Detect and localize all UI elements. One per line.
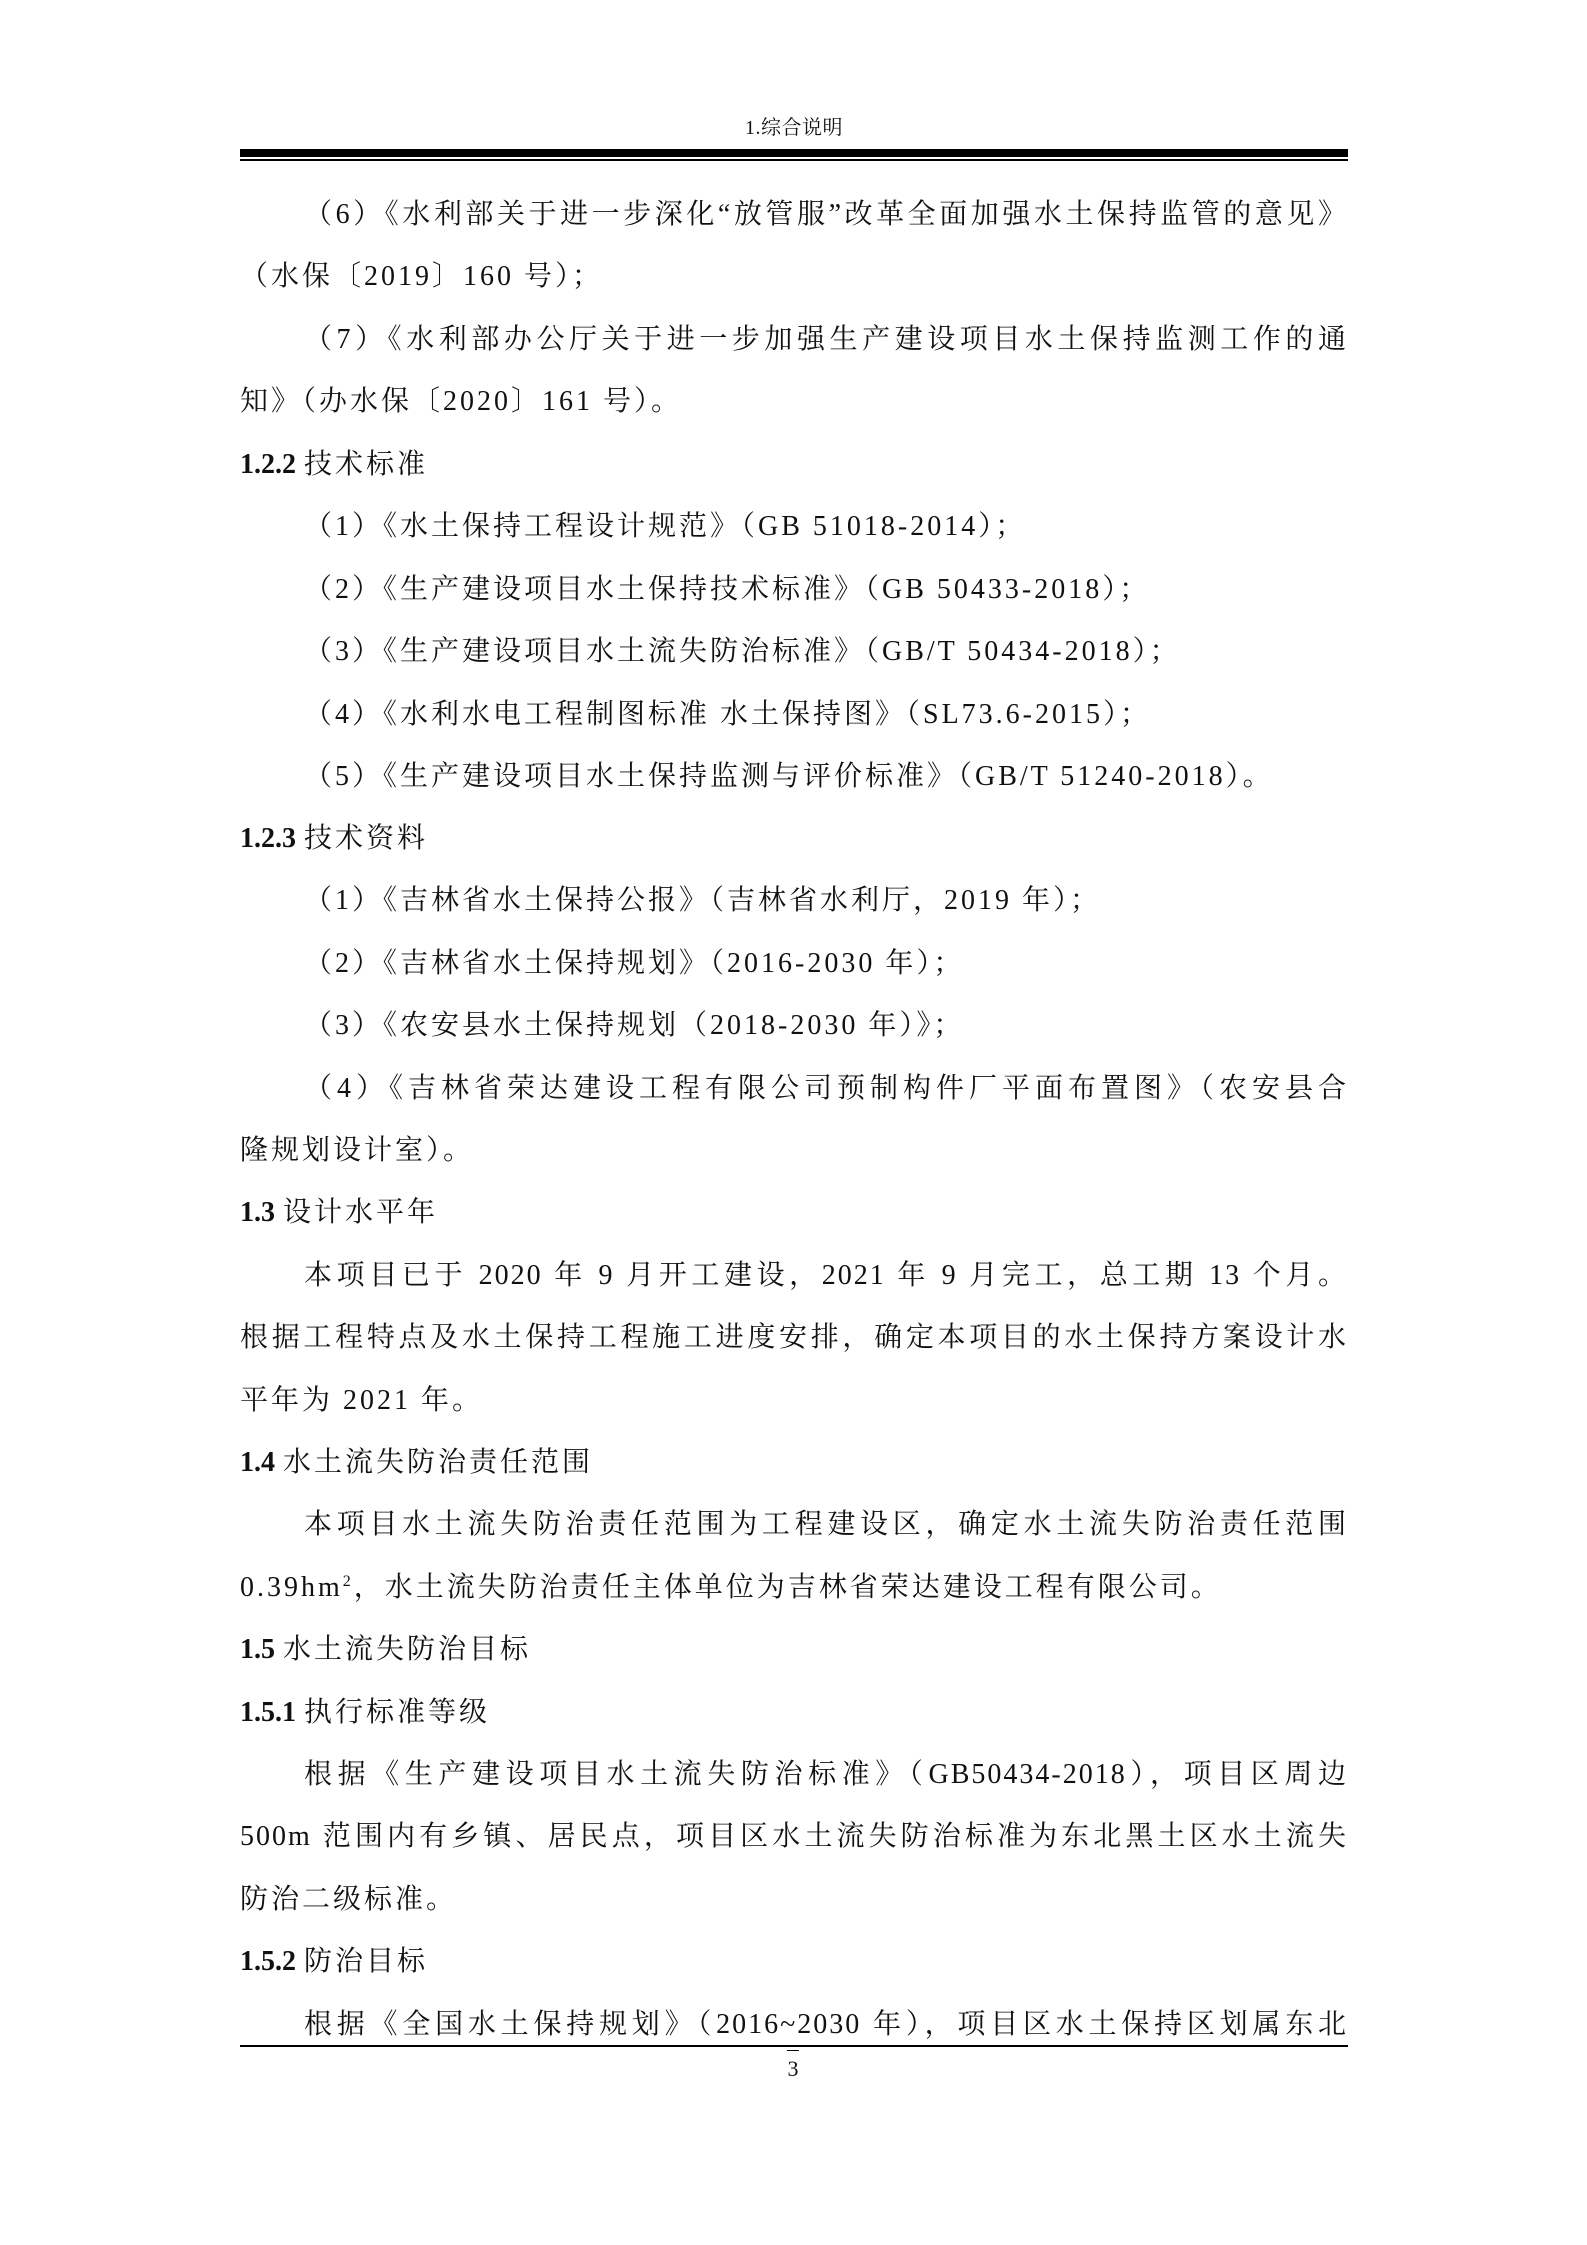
section-heading-1-3: 1.3设计水平年 <box>240 1193 1348 1233</box>
section-heading-1-2-2: 1.2.2技术标准 <box>240 445 1348 485</box>
standard-item-3: （3）《生产建设项目水土流失防治标准》（GB/T 50434-2018）； <box>240 632 1348 672</box>
design-year-paragraph-line-3: 平年为 2021 年。 <box>240 1381 1348 1421</box>
design-year-paragraph-line-1: 本项目已于 2020 年 9 月开工建设，2021 年 9 月完工，总工期 13… <box>240 1256 1348 1296</box>
header-rule-thick <box>240 149 1348 157</box>
standard-grade-paragraph-line-2: 500m 范围内有乡镇、居民点，项目区水土流失防治标准为东北黑土区水土流失 <box>240 1817 1348 1857</box>
section-title: 执行标准等级 <box>304 1697 490 1728</box>
section-heading-1-5-2: 1.5.2防治目标 <box>240 1942 1348 1982</box>
footer-rule <box>240 2045 1348 2047</box>
area-value: 0.39hm <box>240 1572 343 1603</box>
standard-item-1: （1）《水土保持工程设计规范》（GB 51018-2014）； <box>240 507 1348 547</box>
page-number: 3 <box>743 2056 843 2082</box>
material-item-2: （2）《吉林省水土保持规划》（2016-2030 年）； <box>240 944 1348 984</box>
section-number: 1.4 <box>240 1447 275 1478</box>
responsibility-text: ，水土流失防治责任主体单位为吉林省荣达建设工程有限公司。 <box>354 1572 1222 1603</box>
section-number: 1.5.2 <box>240 1946 296 1977</box>
running-header-title: 1.综合说明 <box>240 114 1348 142</box>
section-title: 技术标准 <box>304 449 428 480</box>
section-heading-1-5-1: 1.5.1执行标准等级 <box>240 1693 1348 1733</box>
section-heading-1-2-3: 1.2.3技术资料 <box>240 819 1348 859</box>
section-heading-1-4: 1.4水土流失防治责任范围 <box>240 1443 1348 1483</box>
material-item-3: （3）《农安县水土保持规划（2018-2030 年）》； <box>240 1006 1348 1046</box>
standard-item-5: （5）《生产建设项目水土保持监测与评价标准》（GB/T 51240-2018）。 <box>240 757 1348 797</box>
standard-grade-paragraph-line-3: 防治二级标准。 <box>240 1880 1348 1920</box>
page-number-dash <box>787 2050 799 2051</box>
section-number: 1.2.3 <box>240 823 296 854</box>
section-number: 1.3 <box>240 1197 275 1228</box>
section-title: 防治目标 <box>304 1946 428 1977</box>
section-heading-1-5: 1.5水土流失防治目标 <box>240 1630 1348 1670</box>
section-number: 1.5 <box>240 1634 275 1665</box>
responsibility-paragraph-line-1: 本项目水土流失防治责任范围为工程建设区，确定水土流失防治责任范围 <box>240 1505 1348 1545</box>
standard-item-4: （4）《水利水电工程制图标准 水土保持图》（SL73.6-2015）； <box>240 695 1348 735</box>
material-item-4-line-2: 隆规划设计室）。 <box>240 1131 1348 1171</box>
area-unit-superscript: 2 <box>343 1573 354 1590</box>
design-year-paragraph-line-2: 根据工程特点及水土保持工程施工进度安排，确定本项目的水土保持方案设计水 <box>240 1318 1348 1358</box>
section-title: 水土流失防治目标 <box>283 1634 531 1665</box>
reference-item-6-line-1: （6）《水利部关于进一步深化“放管服”改革全面加强水土保持监管的意见》 <box>240 195 1348 235</box>
standard-item-2: （2）《生产建设项目水土保持技术标准》（GB 50433-2018）； <box>240 570 1348 610</box>
prevention-target-paragraph-line-1: 根据《全国水土保持规划》（2016~2030 年），项目区水土保持区划属东北 <box>240 2005 1348 2045</box>
section-title: 水土流失防治责任范围 <box>283 1447 593 1478</box>
section-number: 1.5.1 <box>240 1697 296 1728</box>
material-item-4-line-1: （4）《吉林省荣达建设工程有限公司预制构件厂平面布置图》（农安县合 <box>240 1069 1348 1109</box>
standard-grade-paragraph-line-1: 根据《生产建设项目水土流失防治标准》（GB50434-2018），项目区周边 <box>240 1755 1348 1795</box>
section-number: 1.2.2 <box>240 449 296 480</box>
section-title: 设计水平年 <box>283 1197 438 1228</box>
reference-item-7-line-1: （7）《水利部办公厅关于进一步加强生产建设项目水土保持监测工作的通 <box>240 320 1348 360</box>
material-item-1: （1）《吉林省水土保持公报》（吉林省水利厅，2019 年）； <box>240 881 1348 921</box>
header-rule-thin <box>240 159 1348 161</box>
section-title: 技术资料 <box>304 823 428 854</box>
reference-item-7-line-2: 知》（办水保〔2020〕161 号）。 <box>240 382 1348 422</box>
reference-item-6-line-2: （水保〔2019〕160 号）； <box>240 257 1348 297</box>
responsibility-paragraph-line-2: 0.39hm2，水土流失防治责任主体单位为吉林省荣达建设工程有限公司。 <box>240 1568 1348 1608</box>
